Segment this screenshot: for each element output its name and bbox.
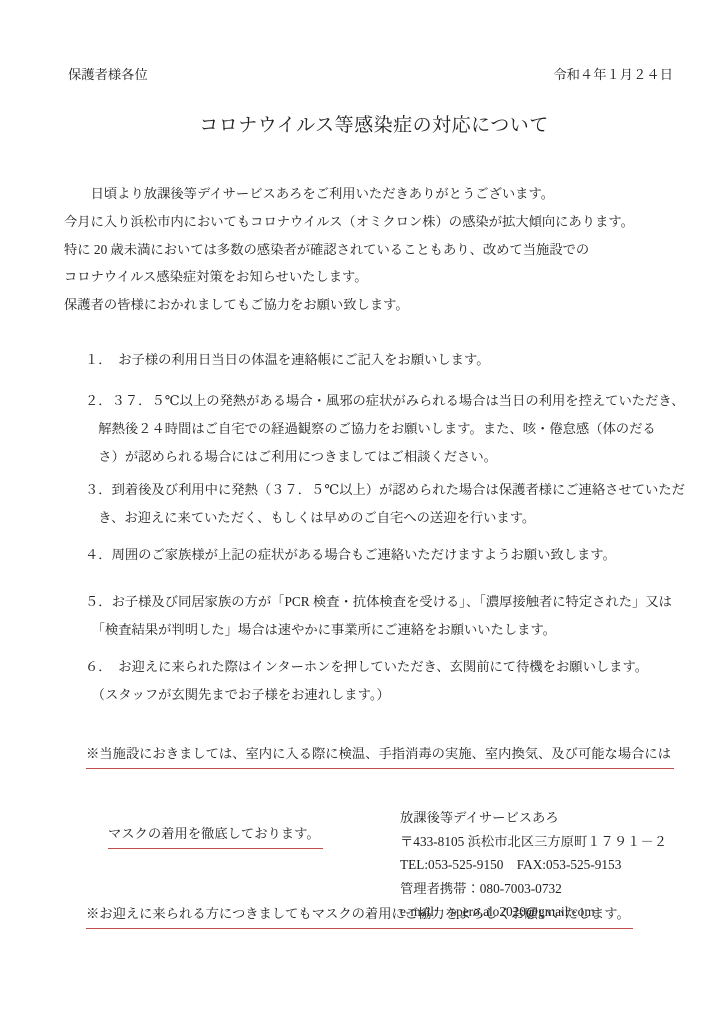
list-item-2: ２．３７．５℃以上の発熱がある場合・風邪の症状がみられる場合は当日の利用を控えて… (85, 387, 684, 471)
document-title: コロナウイルス等感染症の対応について (24, 112, 724, 140)
footer-contact-block: 放課後等デイサービスあろ 〒433-8105 浜松市北区三方原町１７９１－２ T… (400, 806, 667, 924)
list-item-3: ３．到着後及び利用中に発熱（３７．５℃以上）が認められた場合は保護者様にご連絡さ… (85, 476, 685, 532)
recipient-line: 保護者様各位 (68, 66, 148, 84)
note-line-1-text: ※当施設におきましては、室内に入る際に検温、手指消毒の実施、室内換気、及び可能な… (86, 741, 674, 769)
document-page: 保護者様各位 令和４年１月２４日 コロナウイルス等感染症の対応について 日頃より… (0, 0, 724, 1024)
note-line-1: ※当施設におきましては、室内に入る際に検温、手指消毒の実施、室内換気、及び可能な… (66, 715, 674, 795)
intro-paragraph: 日頃より放課後等デイサービスあろをご利用いただきありがとうございます。 今月に入… (64, 180, 634, 319)
list-item-1: １． お子様の利用日当日の体温を連絡帳にご記入をお願いします。 (85, 346, 490, 374)
note-line-2-text: マスクの着用を徹底しております。 (108, 821, 323, 849)
date-line: 令和４年１月２４日 (553, 66, 673, 84)
list-item-6: ６． お迎えに来られた際はインターホンを押していただき、玄関前にて待機をお願いし… (85, 653, 648, 709)
list-item-5: ５．お子様及び同居家族の方が「PCR 検査・抗体検査を受ける」、「濃厚接触者に特… (85, 588, 672, 644)
document-header: 保護者様各位 令和４年１月２４日 (68, 66, 673, 84)
list-item-4: ４．周囲のご家族様が上記の症状がある場合もご連絡いただけますようお願い致します。 (85, 541, 616, 569)
